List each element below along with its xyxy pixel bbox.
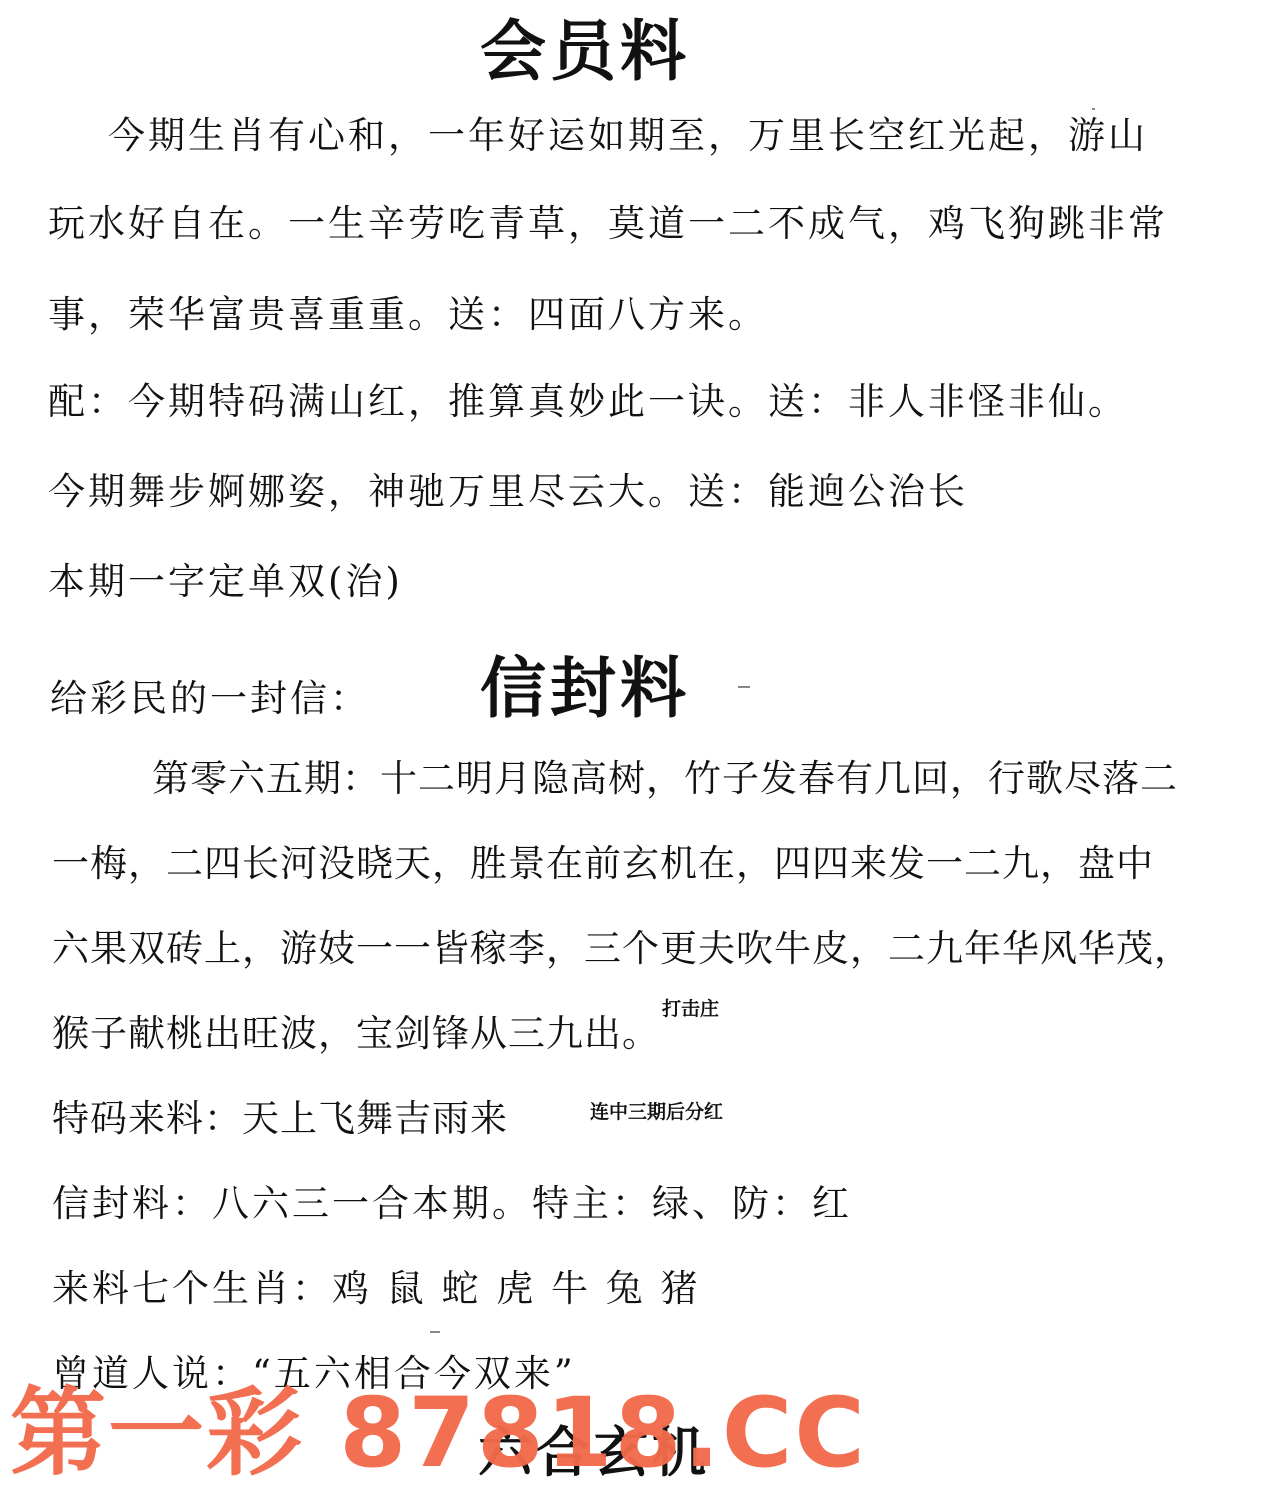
envelope-line-4: 猴子献桃出旺波，宝剑锋从三九出。 xyxy=(52,1015,660,1052)
member-line-2: 玩水好自在。一生辛劳吃青草，莫道一二不成气，鸡飞狗跳非常 xyxy=(48,205,1168,242)
site-watermark: 第一彩 87818.CC xyxy=(10,1385,867,1481)
envelope-line-2: 一梅，二四长河没晓天，胜景在前玄机在，四四来发一二九，盘中 xyxy=(52,845,1154,882)
envelope-material-title: 信封料 xyxy=(480,655,690,721)
member-line-1: 今期生肖有心和，一年好运如期至，万里长空红光起，游山 xyxy=(108,117,1148,154)
streak-note: 连中三期后分红 xyxy=(590,1103,723,1122)
member-line-5: 今期舞步婀娜姿，神驰万里尽云大。送：能逈公治长 xyxy=(48,473,968,510)
scan-speck xyxy=(430,1331,440,1333)
envelope-summary-line: 信封料：八六三一合本期。特主：绿、防：红 xyxy=(52,1185,852,1222)
member-line-3: 事，荣华富贵喜重重。送：四面八方来。 xyxy=(48,296,768,333)
letter-label: 给彩民的一封信： xyxy=(50,680,370,717)
member-material-title: 会员料 xyxy=(480,18,690,84)
special-code-line: 特码来料：天上飞舞吉雨来 xyxy=(52,1100,508,1137)
member-line-6: 本期一字定单双(治) xyxy=(48,563,403,600)
member-line-4: 配：今期特码满山红，推算真妙此一诀。送：非人非怪非仙。 xyxy=(48,383,1128,420)
strike-note: 打击庄 xyxy=(662,1000,719,1019)
envelope-line-1: 第零六五期：十二明月隐高树，竹子发春有几回，行歌尽落二 xyxy=(152,760,1178,797)
zodiac-line: 来料七个生肖：鸡 鼠 蛇 虎 牛 兔 猪 xyxy=(52,1270,701,1307)
scan-speck xyxy=(738,686,750,688)
scan-speck xyxy=(1092,108,1095,110)
envelope-line-3: 六果双砖上，游妓一一皆稼李，三个更夫吹牛皮，二九年华风华茂， xyxy=(52,930,1192,967)
